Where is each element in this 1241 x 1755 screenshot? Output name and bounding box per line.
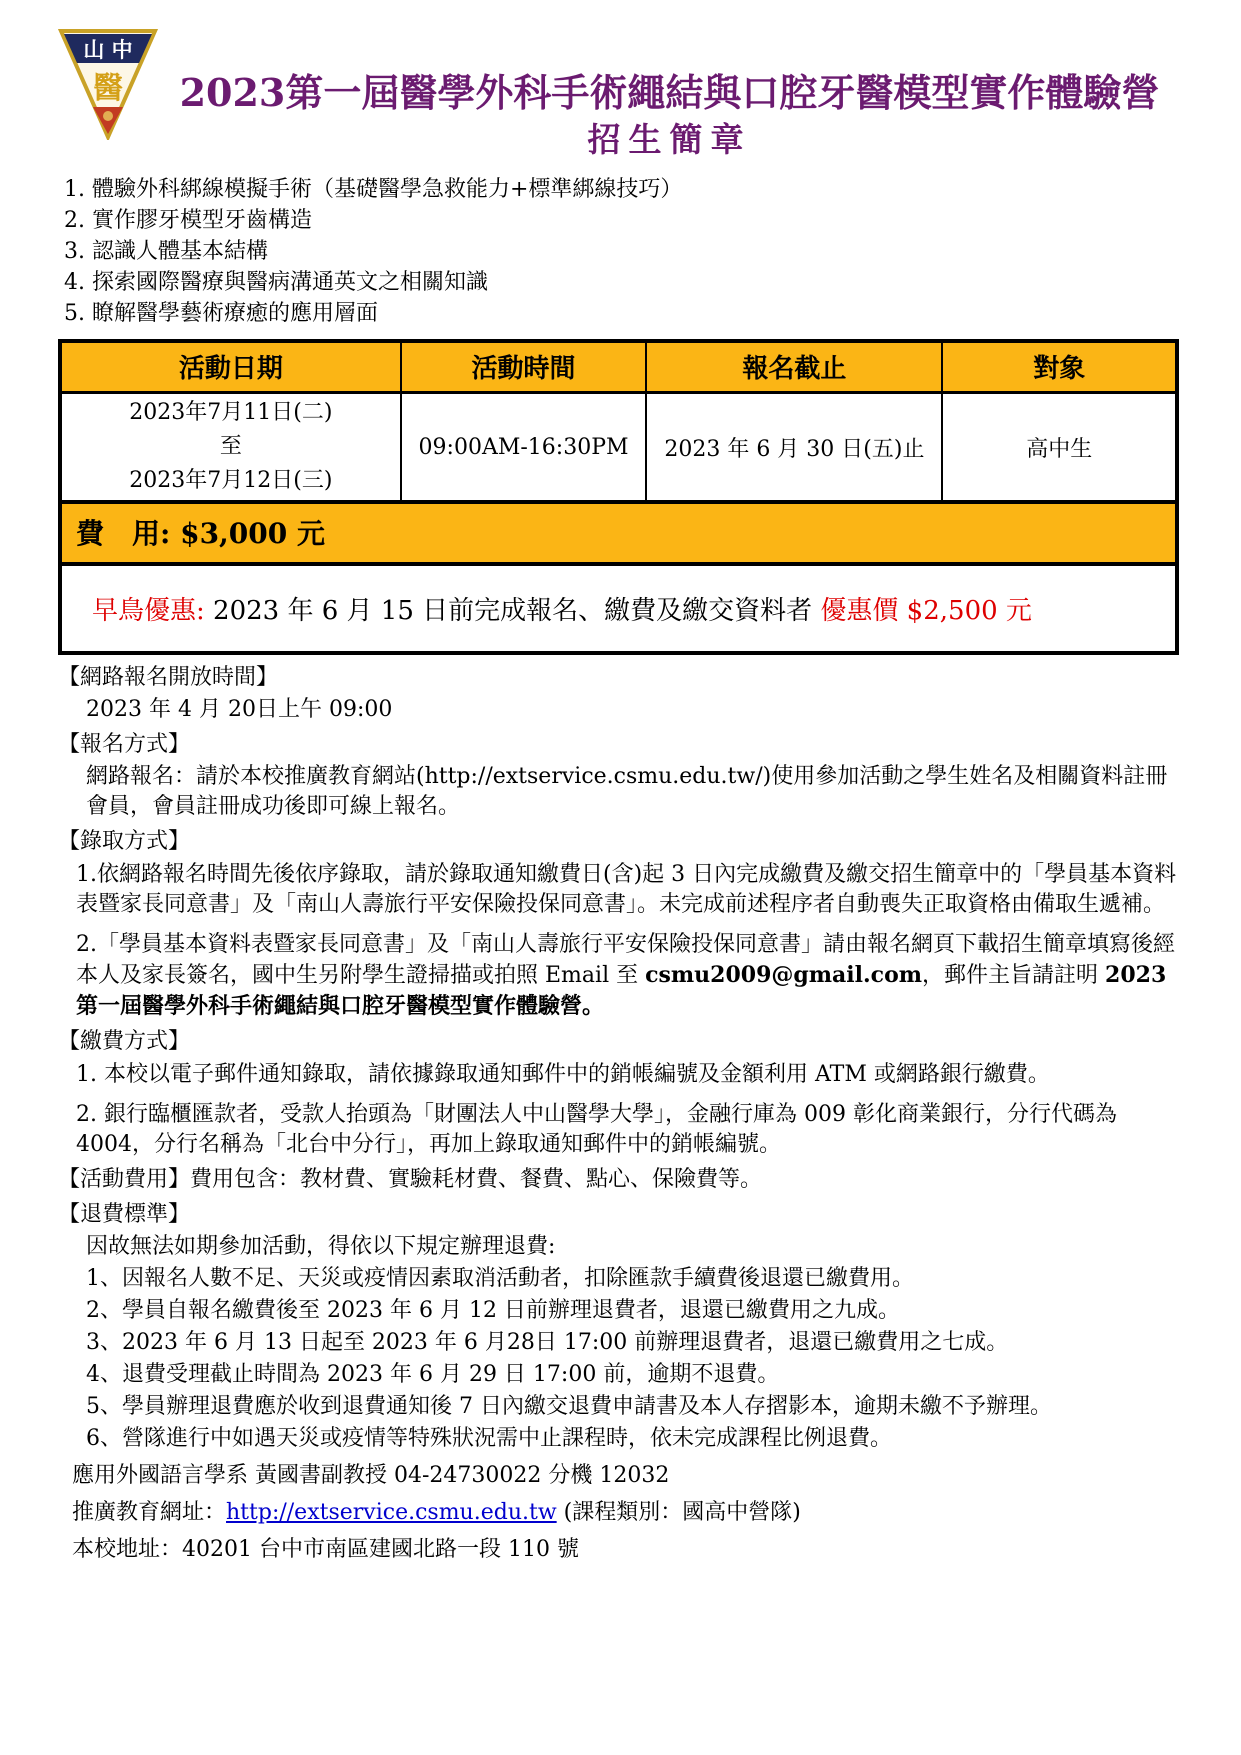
admission-email: csmu2009@gmail.com xyxy=(645,962,922,988)
col-header-target: 對象 xyxy=(942,341,1177,393)
contact-web-line: 推廣教育網址：http://extservice.csmu.edu.tw (課程… xyxy=(58,1498,1179,1528)
logo-top-text: 山 中 xyxy=(83,37,132,62)
early-bird-body: 2023 年 6 月 15 日前完成報名、繳費及繳交資料者 xyxy=(205,596,821,626)
web-suffix: (課程類別：國高中營隊) xyxy=(557,1500,801,1525)
highlight-item-3: 3. 認識人體基本結構 xyxy=(64,236,1179,267)
refund-intro: 因故無法如期參加活動，得依以下規定辦理退費: xyxy=(58,1232,1179,1262)
highlight-item-5: 5. 瞭解醫學藝術療癒的應用層面 xyxy=(64,298,1179,329)
fee-text: 費 用: $3,000 元 xyxy=(60,502,1177,564)
section-title-registration: 【報名方式】 xyxy=(58,730,1179,760)
refund-item-3: 3、2023 年 6 月 13 日起至 2023 年 6 月28日 17:00 … xyxy=(58,1328,1179,1358)
refund-item-1: 1、因報名人數不足、天災或疫情因素取消活動者，扣除匯款手續費後退還已繳費用。 xyxy=(58,1264,1179,1294)
sections: 【網路報名開放時間】 2023 年 4 月 20日上午 09:00 【報名方式】… xyxy=(58,663,1179,1565)
refund-item-4: 4、退費受理截止時間為 2023 年 6 月 29 日 17:00 前，逾期不退… xyxy=(58,1360,1179,1390)
refund-item-2: 2、學員自報名繳費後至 2023 年 6 月 12 日前辦理退費者，退還已繳費用… xyxy=(58,1296,1179,1326)
school-logo-icon: 山 中 醫 xyxy=(58,28,158,140)
online-open-content: 2023 年 4 月 20日上午 09:00 xyxy=(58,695,1179,725)
title-block: 2023第一屆醫學外科手術繩結與口腔牙醫模型實作體驗營 招生簡章 xyxy=(160,22,1179,160)
contact-dept-line: 應用外國語言學系 黃國書副教授 04-24730022 分機 12032 xyxy=(58,1461,1179,1491)
section-title-admission: 【錄取方式】 xyxy=(58,827,1179,857)
early-bird-prefix: 早鳥優惠: xyxy=(92,596,205,626)
camp-subtitle: 招生簡章 xyxy=(160,120,1179,160)
section-title-payment: 【繳費方式】 xyxy=(58,1027,1179,1057)
admission-item-1: 1.依網路報名時間先後依序錄取，請於錄取通知繳費日(含)起 3 日內完成繳費及繳… xyxy=(58,860,1179,920)
date-line-1: 2023年7月11日(二) xyxy=(63,396,399,430)
admission-item-2: 2.「學員基本資料表暨家長同意書」及「南山人壽旅行平安保險投保同意書」請由報名網… xyxy=(58,930,1179,1022)
col-header-deadline: 報名截止 xyxy=(646,341,942,393)
extservice-link[interactable]: http://extservice.csmu.edu.tw xyxy=(226,1500,557,1525)
camp-title: 2023第一屆醫學外科手術繩結與口腔牙醫模型實作體驗營 xyxy=(160,70,1179,116)
info-table: 活動日期 活動時間 報名截止 對象 2023年7月11日(二) 至 2023年7… xyxy=(58,339,1179,655)
info-table-header-row: 活動日期 活動時間 報名截止 對象 xyxy=(60,341,1177,393)
fee-row: 費 用: $3,000 元 xyxy=(60,502,1177,564)
col-header-date: 活動日期 xyxy=(60,341,401,393)
web-label: 推廣教育網址： xyxy=(72,1500,226,1525)
highlight-item-4: 4. 探索國際醫療與醫病溝通英文之相關知識 xyxy=(64,267,1179,298)
school-logo: 山 中 醫 xyxy=(58,28,160,144)
early-bird-text: 早鳥優惠: 2023 年 6 月 15 日前完成報名、繳費及繳交資料者 優惠價 … xyxy=(60,564,1177,653)
refund-item-5: 5、學員辦理退費應於收到退費通知後 7 日內繳交退費申請書及本人存摺影本，逾期未… xyxy=(58,1392,1179,1422)
highlights-list: 1. 體驗外科綁線模擬手術（基礎醫學急救能力+標準綁線技巧） 2. 實作膠牙模型… xyxy=(64,174,1179,329)
date-line-3: 2023年7月12日(三) xyxy=(63,464,399,498)
info-table-data-row: 2023年7月11日(二) 至 2023年7月12日(三) 09:00AM-16… xyxy=(60,393,1177,503)
cost-content: 費用包含：教材費、實驗耗材費、餐費、點心、保險費等。 xyxy=(190,1167,762,1192)
refund-item-6: 6、營隊進行中如遇天災或疫情等特殊狀況需中止課程時，依未完成課程比例退費。 xyxy=(58,1424,1179,1454)
section-title-cost: 【活動費用】費用包含：教材費、實驗耗材費、餐費、點心、保險費等。 xyxy=(58,1165,1179,1195)
date-line-2: 至 xyxy=(63,430,399,464)
col-header-time: 活動時間 xyxy=(401,341,647,393)
section-title-refund: 【退費標準】 xyxy=(58,1200,1179,1230)
highlight-item-1: 1. 體驗外科綁線模擬手術（基礎醫學急救能力+標準綁線技巧） xyxy=(64,174,1179,205)
flyer-page: 山 中 醫 2023第一屆醫學外科手術繩結與口腔牙醫模型實作體驗營 招生簡章 1… xyxy=(0,0,1241,1755)
payment-item-2: 2. 銀行臨櫃匯款者，受款人抬頭為「財團法人中山醫學大學」，金融行庫為 009 … xyxy=(58,1100,1179,1160)
early-bird-price: 優惠價 $2,500 元 xyxy=(820,596,1032,626)
payment-item-1: 1. 本校以電子郵件通知錄取，請依據錄取通知郵件中的銷帳編號及金額利用 ATM … xyxy=(58,1060,1179,1090)
cell-activity-date: 2023年7月11日(二) 至 2023年7月12日(三) xyxy=(60,393,401,503)
header: 山 中 醫 2023第一屆醫學外科手術繩結與口腔牙醫模型實作體驗營 招生簡章 xyxy=(58,22,1179,160)
cell-target: 高中生 xyxy=(942,393,1177,503)
contact-address-line: 本校地址：40201 台中市南區建國北路一段 110 號 xyxy=(58,1535,1179,1565)
early-bird-row: 早鳥優惠: 2023 年 6 月 15 日前完成報名、繳費及繳交資料者 優惠價 … xyxy=(60,564,1177,653)
cell-deadline: 2023 年 6 月 30 日(五)止 xyxy=(646,393,942,503)
section-title-online-open: 【網路報名開放時間】 xyxy=(58,663,1179,693)
logo-mid-text: 醫 xyxy=(93,71,123,106)
admission-item2-mid: ，郵件主旨請註明 xyxy=(922,963,1105,988)
cost-title: 【活動費用】 xyxy=(58,1167,190,1192)
cell-activity-time: 09:00AM-16:30PM xyxy=(401,393,647,503)
highlight-item-2: 2. 實作膠牙模型牙齒構造 xyxy=(64,205,1179,236)
registration-content: 網路報名：請於本校推廣教育網站(http://extservice.csmu.e… xyxy=(58,762,1179,822)
